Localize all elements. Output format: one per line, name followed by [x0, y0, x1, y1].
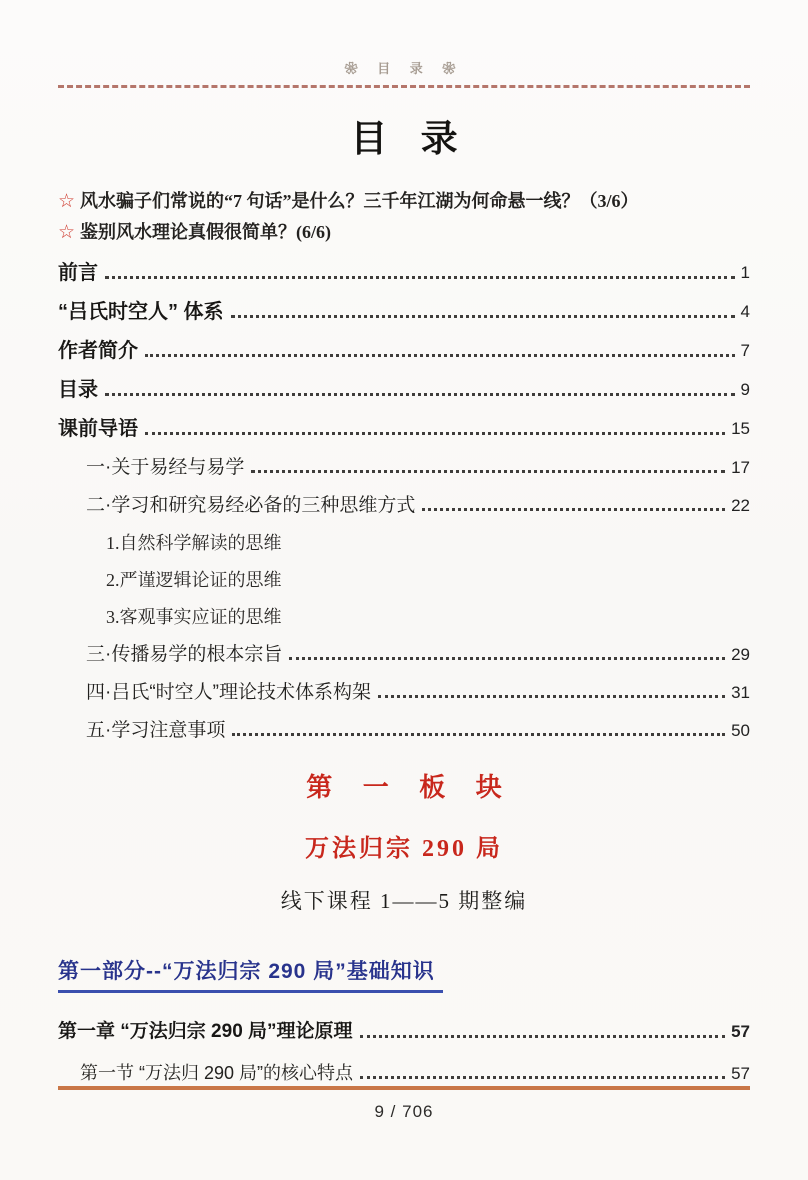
toc-dot-leader	[422, 508, 725, 511]
chapter-label: 第一章 “万法归宗 290 局”理论原理	[58, 1021, 353, 1043]
chapter-page-number: 57	[731, 1021, 750, 1043]
toc-row: “吕氏时空人” 体系 4	[58, 301, 750, 323]
toc-label: 二·学习和研究易经必备的三种思维方式	[86, 495, 415, 516]
toc-label: 1.自然科学解读的思维	[106, 533, 282, 553]
page-title: 目 录	[58, 108, 750, 162]
page-footer: 9 / 706	[58, 1086, 750, 1122]
header-dashed-rule	[58, 85, 750, 88]
part-heading: 第一部分--“万法归宗 290 局”基础知识	[58, 955, 443, 993]
toc-row: 课前导语 15	[58, 418, 750, 440]
toc-dot-leader	[105, 393, 735, 396]
toc-page-number: 50	[731, 720, 750, 741]
toc-label: “吕氏时空人” 体系	[58, 301, 224, 323]
page-indicator: 9 / 706	[58, 1102, 750, 1122]
toc-row: 目录 9	[58, 379, 750, 401]
toc-row: 五·学习注意事项 50	[58, 720, 750, 741]
highlight-text: 风水骗子们常说的“7 句话”是什么？三千年江湖为何命悬一线？（3/6）	[80, 191, 639, 211]
highlight-list: ☆风水骗子们常说的“7 句话”是什么？三千年江湖为何命悬一线？（3/6） ☆鉴别…	[58, 186, 750, 248]
toc-dot-leader	[378, 695, 725, 698]
toc-label: 作者简介	[58, 340, 138, 362]
toc-label: 课前导语	[58, 418, 138, 440]
section-heading-block: 第 一 板 块 万法归宗 290 局 线下课程 1——5 期整编	[58, 767, 750, 915]
toc-label: 五·学习注意事项	[86, 720, 225, 741]
toc-label: 目录	[58, 379, 98, 401]
toc-page-number: 7	[741, 340, 750, 362]
toc-row: 二·学习和研究易经必备的三种思维方式 22	[58, 495, 750, 516]
part-heading-wrap: 第一部分--“万法归宗 290 局”基础知识	[58, 955, 750, 993]
toc-page-number: 17	[731, 457, 750, 478]
toc-label: 四·吕氏“时空人”理论技术体系构架	[86, 682, 371, 703]
toc-page-number: 29	[731, 644, 750, 665]
toc-row: 四·吕氏“时空人”理论技术体系构架 31	[58, 682, 750, 703]
scanned-page: ❀ 目 录 ❀ 目 录 ☆风水骗子们常说的“7 句话”是什么？三千年江湖为何命悬…	[0, 0, 808, 1180]
toc-label: 前言	[58, 262, 98, 284]
toc-page-number: 9	[741, 379, 750, 401]
star-icon: ☆	[58, 191, 75, 212]
highlight-text: 鉴别风水理论真假很简单？(6/6)	[80, 222, 331, 242]
toc-row: 1.自然科学解读的思维	[58, 533, 750, 553]
toc-dot-leader	[232, 733, 725, 736]
toc-page-number: 1	[741, 262, 750, 284]
star-icon: ☆	[58, 222, 75, 243]
chapter-label: 第一节 “万法归 290 局”的核心特点	[80, 1063, 353, 1084]
toc-page-number: 31	[731, 682, 750, 703]
highlight-row: ☆鉴别风水理论真假很简单？(6/6)	[58, 217, 750, 248]
toc-dot-leader	[251, 470, 725, 473]
running-header: ❀ 目 录 ❀	[58, 0, 750, 77]
toc-dot-leader	[105, 276, 735, 279]
highlight-row: ☆风水骗子们常说的“7 句话”是什么？三千年江湖为何命悬一线？（3/6）	[58, 186, 750, 217]
toc-row: 3.客观事实应证的思维	[58, 607, 750, 627]
chapter-page-number: 57	[731, 1063, 750, 1084]
section-title: 第 一 板 块	[58, 767, 750, 804]
toc-row: 前言 1	[58, 262, 750, 284]
chapter-row: 第一章 “万法归宗 290 局”理论原理 57	[58, 1021, 750, 1043]
section-subtitle: 万法归宗 290 局	[58, 828, 750, 863]
toc-label: 3.客观事实应证的思维	[106, 607, 282, 627]
toc-dot-leader	[360, 1076, 725, 1079]
toc-dot-leader	[289, 657, 725, 660]
toc-list: 前言 1 “吕氏时空人” 体系 4 作者简介 7 目录 9 课前导语	[58, 262, 750, 741]
toc-dot-leader	[145, 354, 735, 357]
toc-row: 三·传播易学的根本宗旨 29	[58, 644, 750, 665]
chapter-list: 第一章 “万法归宗 290 局”理论原理 57 第一节 “万法归 290 局”的…	[58, 1021, 750, 1084]
toc-page-number: 15	[731, 418, 750, 440]
toc-dot-leader	[231, 315, 735, 318]
footer-double-rule	[58, 1086, 750, 1090]
toc-page-number: 4	[741, 301, 750, 323]
chapter-row: 第一节 “万法归 290 局”的核心特点 57	[58, 1063, 750, 1084]
toc-dot-leader	[360, 1035, 726, 1038]
toc-row: 作者简介 7	[58, 340, 750, 362]
toc-label: 2.严谨逻辑论证的思维	[106, 570, 282, 590]
toc-row: 2.严谨逻辑论证的思维	[58, 570, 750, 590]
toc-label: 一·关于易经与易学	[86, 457, 244, 478]
toc-label: 三·传播易学的根本宗旨	[86, 644, 282, 665]
toc-page-number: 22	[731, 495, 750, 516]
toc-row: 一·关于易经与易学 17	[58, 457, 750, 478]
section-note: 线下课程 1——5 期整编	[58, 885, 750, 915]
toc-dot-leader	[145, 432, 725, 435]
